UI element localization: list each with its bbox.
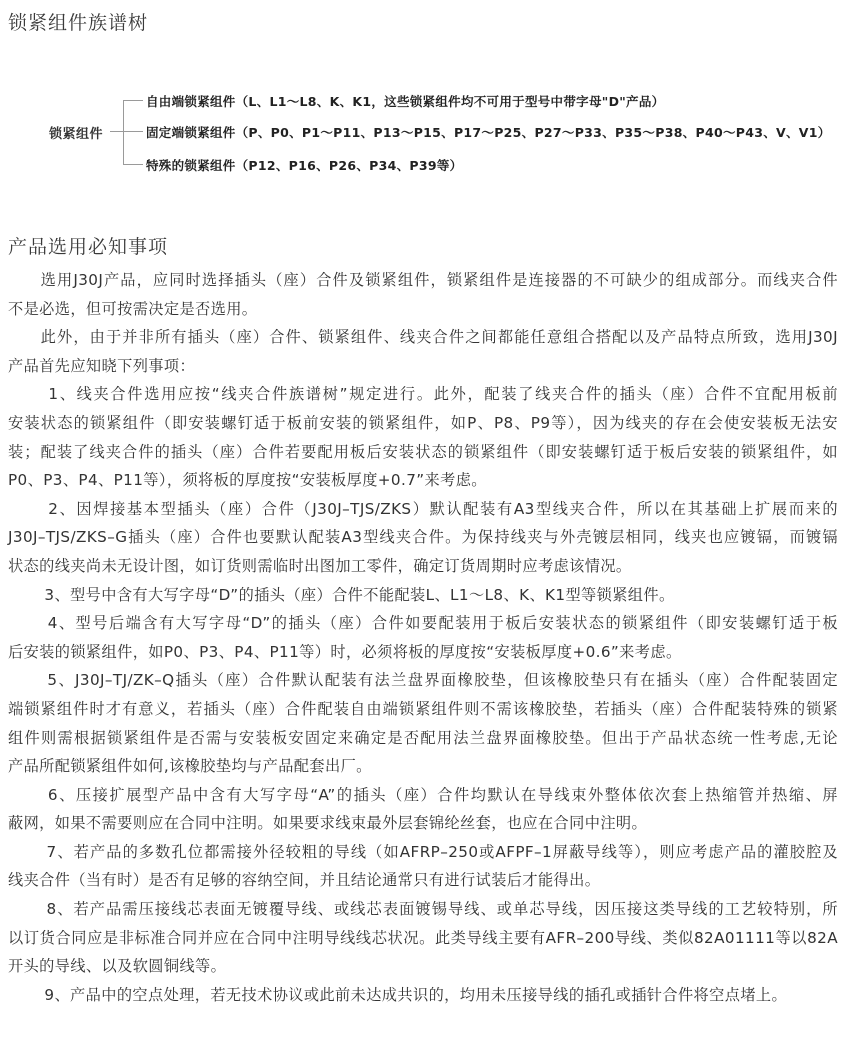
paragraph-line: 1、线夹合件选用应按“线夹合件族谱树”规定进行。此外，配装了线夹合件的插头（座）…	[8, 380, 838, 409]
paragraph-line: P0、P3、P4、P11等），须将板的厚度按“安装板厚度+0.7”来考虑。	[8, 466, 838, 495]
tree-root-label: 锁紧组件	[49, 123, 103, 142]
paragraph-line: 组件则需根据锁紧组件是否需与安装板安固定来确定是否配用法兰盘界面橡胶垫。但出于产…	[8, 724, 838, 753]
tree-branch-special: 特殊的锁紧组件（P12、P16、P26、P34、P39等）	[146, 156, 462, 174]
paragraph-line: 2、因焊接基本型插头（座）合件（J30J–TJS/ZKS）默认配装有A3型线夹合…	[8, 495, 838, 524]
paragraph-line: 6、压接扩展型产品中含有大写字母“A”的插头（座）合件均默认在导线束外整体依次套…	[8, 781, 838, 810]
paragraph-line: 5、J30J–TJ/ZK–Q插头（座）合件默认配装有法兰盘界面橡胶垫，但该橡胶垫…	[8, 666, 838, 695]
paragraph-line: 装；配装了线夹合件的插头（座）合件若要配用板后安装状态的锁紧组件（即安装螺钉适于…	[8, 438, 838, 467]
paragraph-line: 以订货合同应是非标准合同并应在合同中注明导线线芯状况。此类导线主要有AFR–20…	[8, 924, 838, 953]
paragraph-line: 后安装的锁紧组件，如P0、P3、P4、P11等）时，必须将板的厚度按“安装板厚度…	[8, 638, 838, 667]
paragraph-line: 9、产品中的空点处理，若无技术协议或此前未达成共识的，均用未压接导线的插孔或插针…	[8, 981, 838, 1010]
paragraph-line: 产品首先应知晓下列事项：	[8, 352, 838, 381]
paragraph-line: 选用J30J产品，应同时选择插头（座）合件及锁紧组件，锁紧组件是连接器的不可缺少…	[8, 266, 838, 295]
paragraph-line: 4、型号后端含有大写字母“D”的插头（座）合件如要配装用于板后安装状态的锁紧组件…	[8, 609, 838, 638]
paragraph-line: 3、型号中含有大写字母“D”的插头（座）合件不能配装L、L1～L8、K、K1型等…	[8, 581, 838, 610]
paragraph-line: J30J–TJS/ZKS–G插头（座）合件也要默认配装A3型线夹合件。为保持线夹…	[8, 523, 838, 552]
paragraph-line: 此外，由于并非所有插头（座）合件、锁紧组件、线夹合件之间都能任意组合搭配以及产品…	[8, 323, 838, 352]
tree-connector-branch-3	[123, 164, 143, 165]
selection-notes-body: 选用J30J产品，应同时选择插头（座）合件及锁紧组件，锁紧组件是连接器的不可缺少…	[8, 266, 838, 1009]
paragraph-line: 状态的线夹尚未无设计图，如订货则需临时出图加工零件，确定订货周期时应考虑该情况。	[8, 552, 838, 581]
locking-component-family-tree: 锁紧组件 自由端锁紧组件（L、L1～L8、K、K1，这些锁紧组件均不可用于型号中…	[0, 0, 850, 200]
tree-connector-horizontal	[110, 131, 124, 132]
paragraph-line: 8、若产品需压接线芯表面无镀覆导线、或线芯表面镀锡导线、或单芯导线，因压接这类导…	[8, 895, 838, 924]
paragraph-line: 端锁紧组件时才有意义，若插头（座）合件配装自由端锁紧组件则不需该橡胶垫，若插头（…	[8, 695, 838, 724]
tree-connector-branch-2	[123, 131, 143, 132]
section-title: 产品选用必知事项	[8, 232, 168, 259]
paragraph-line: 不是必选，但可按需决定是否选用。	[8, 295, 838, 324]
paragraph-line: 蔽网，如果不需要则应在合同中注明。如果要求线束最外层套锦纶丝套，也应在合同中注明…	[8, 809, 838, 838]
paragraph-line: 线夹合件（当有时）是否有足够的容纳空间，并且结论通常只有进行试装后才能得出。	[8, 866, 838, 895]
tree-branch-fixed-end: 固定端锁紧组件（P、P0、P1～P11、P13～P15、P17～P25、P27～…	[146, 123, 831, 141]
paragraph-line: 安装状态的锁紧组件（即安装螺钉适于板前安装的锁紧组件，如P、P8、P9等），因为…	[8, 409, 838, 438]
tree-connector-vertical	[123, 100, 124, 164]
paragraph-line: 产品所配锁紧组件如何,该橡胶垫均与产品配套出厂。	[8, 752, 838, 781]
tree-branch-free-end: 自由端锁紧组件（L、L1～L8、K、K1，这些锁紧组件均不可用于型号中带字母"D…	[146, 92, 664, 110]
tree-connector-branch-1	[123, 100, 143, 101]
paragraph-line: 7、若产品的多数孔位都需接外径较粗的导线（如AFRP–250或AFPF–1屏蔽导…	[8, 838, 838, 867]
paragraph-line: 开头的导线、以及软圆铜线等。	[8, 952, 838, 981]
